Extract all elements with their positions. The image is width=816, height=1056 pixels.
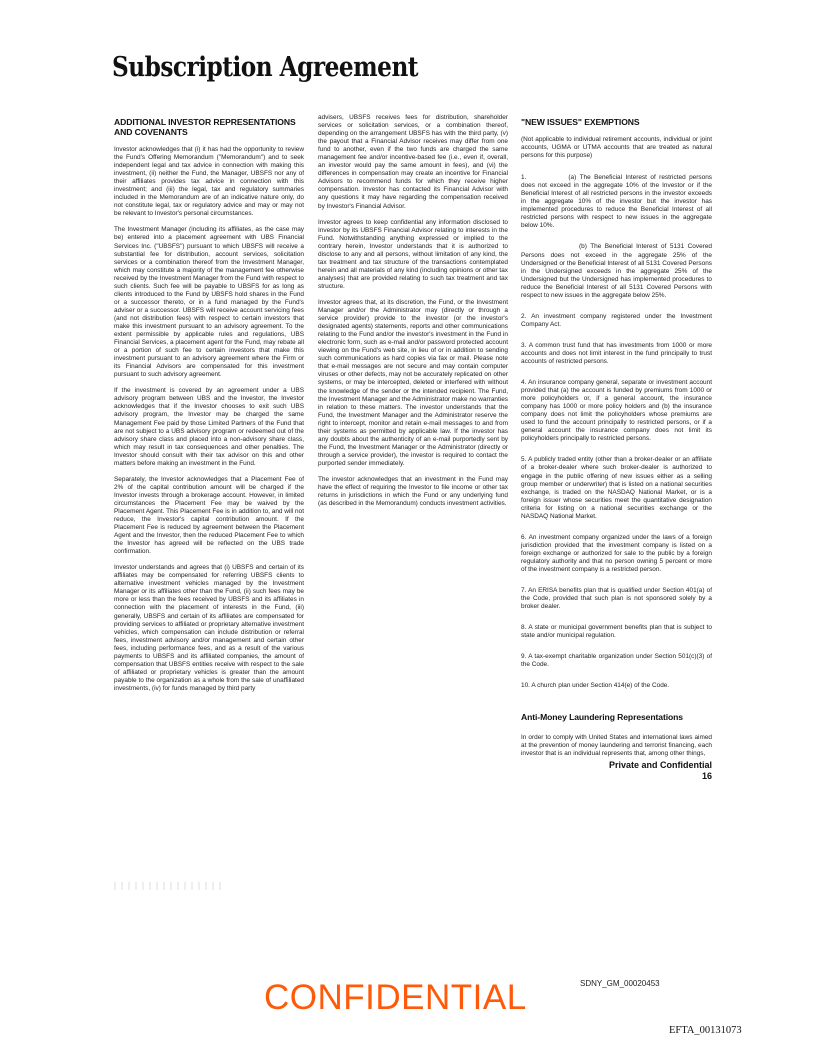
paragraph: Investor understands and agrees that (i)… xyxy=(114,564,304,693)
item-text: (b) The Beneficial Interest of 5131 Cove… xyxy=(521,243,712,298)
section-heading-anti-money-laundering: Anti-Money Laundering Representations xyxy=(521,712,712,722)
exemption-item-8: 8. A state or municipal government benef… xyxy=(521,624,712,640)
paragraph: The Investment Manager (including its af… xyxy=(114,226,304,379)
page-title: Subscription Agreement xyxy=(112,52,418,83)
item-text: A church plan under Section 414(e) of th… xyxy=(531,682,669,689)
private-confidential-label: Private and Confidential xyxy=(521,760,712,771)
section-heading-additional-representations: ADDITIONAL INVESTOR REPRESENTATIONS AND … xyxy=(114,117,304,137)
exemption-item-10: 10. A church plan under Section 414(e) o… xyxy=(521,682,712,690)
item-text: (a) The Beneficial Interest of restricte… xyxy=(521,174,712,229)
item-text: An ERISA benefits plan that is qualified… xyxy=(521,587,712,610)
item-number: 5. xyxy=(521,456,526,463)
paragraph: The investor acknowledges that an invest… xyxy=(318,476,508,508)
item-number: 7. xyxy=(521,587,526,594)
aml-paragraph: In order to comply with United States an… xyxy=(521,734,712,758)
item-number: 3. xyxy=(521,342,526,349)
section-heading-new-issues: "NEW ISSUES" EXEMPTIONS xyxy=(521,117,712,127)
item-number: 1. xyxy=(521,174,526,181)
item-text: A tax-exempt charitable organization und… xyxy=(521,653,712,668)
item-text: A common trust fund that has investments… xyxy=(521,342,712,365)
paragraph: Investor agrees to keep confidential any… xyxy=(318,219,508,291)
exemption-item-3: 3. A common trust fund that has investme… xyxy=(521,342,712,366)
confidential-stamp: CONFIDENTIAL xyxy=(264,978,527,1018)
scan-artifact xyxy=(114,882,224,890)
item-text: A state or municipal government benefits… xyxy=(521,624,712,639)
bates-number: SDNY_GM_00020453 xyxy=(580,979,660,988)
middle-column: advisers, UBSFS receives fees for distri… xyxy=(318,114,508,516)
item-number: 9. xyxy=(521,653,526,660)
page-number: 16 xyxy=(521,771,712,782)
exemption-note: (Not applicable to individual retirement… xyxy=(521,136,712,160)
item-number: 10. xyxy=(521,682,530,689)
paragraph: If the investment is covered by an agree… xyxy=(114,387,304,467)
item-number: 6. xyxy=(521,534,526,541)
paragraph: Separately, the Investor acknowledges th… xyxy=(114,476,304,556)
exemption-item-4: 4. An insurance company general, separat… xyxy=(521,379,712,443)
paragraph: Investor acknowledges that (i) it has ha… xyxy=(114,146,304,218)
exemption-item-9: 9. A tax-exempt charitable organization … xyxy=(521,653,712,669)
item-text: An investment company registered under t… xyxy=(521,313,712,328)
item-number: 4. xyxy=(521,379,526,386)
exemption-item-7: 7. An ERISA benefits plan that is qualif… xyxy=(521,587,712,611)
efta-number: EFTA_00131073 xyxy=(669,1025,742,1036)
exemption-item-5: 5. A publicly traded entity (other than … xyxy=(521,456,712,520)
right-column: "NEW ISSUES" EXEMPTIONS (Not applicable … xyxy=(521,117,712,782)
left-column: ADDITIONAL INVESTOR REPRESENTATIONS AND … xyxy=(114,117,304,701)
item-number: 2. xyxy=(521,313,526,320)
exemption-item-1a: 1.(a) The Beneficial Interest of restric… xyxy=(521,174,712,230)
item-text: An insurance company general, separate o… xyxy=(521,379,712,442)
exemption-item-2: 2. An investment company registered unde… xyxy=(521,313,712,329)
paragraph: advisers, UBSFS receives fees for distri… xyxy=(318,114,508,211)
paragraph: Investor agrees that, at its discretion,… xyxy=(318,299,508,468)
exemption-item-6: 6. An investment company organized under… xyxy=(521,534,712,574)
item-text: An investment company organized under th… xyxy=(521,534,712,573)
exemption-item-1b: (b) The Beneficial Interest of 5131 Cove… xyxy=(521,243,712,299)
item-number: 8. xyxy=(521,624,526,631)
item-text: A publicly traded entity (other than a b… xyxy=(521,456,712,519)
